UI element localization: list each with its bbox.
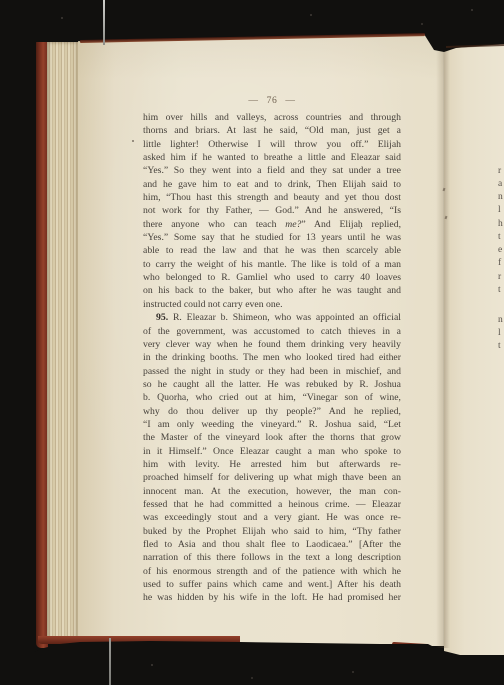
text-line: fessed that he had committed a heinous c…: [143, 498, 401, 511]
text-line: “Yes.” So they went into a field and the…: [143, 164, 401, 177]
clipped-letter-fragment: e: [498, 245, 502, 255]
clipped-letter-fragment: a: [498, 179, 502, 189]
text-line: he was hidden by his wife in the loft. H…: [143, 591, 401, 604]
text-line: in the drinking booths. The men who look…: [143, 351, 401, 364]
text-line: and he gave him to eat and to drink, The…: [143, 178, 401, 191]
text-line: in it Himself.” Once Eleazar caught a ma…: [143, 445, 401, 458]
margin-speck: [132, 140, 134, 142]
cradle-thread-top: [103, 0, 105, 45]
clipped-letter-fragment: n: [498, 192, 503, 202]
text-line: him over hills and valleys, across count…: [143, 111, 401, 124]
clipped-letter-fragment: f: [498, 258, 501, 268]
page-fore-edge-stack: [47, 42, 79, 642]
page-number: — 76 —: [143, 95, 401, 106]
text-line: innocent man. At the execution, however,…: [143, 485, 401, 498]
text-line: used to suffer pains which came and went…: [143, 578, 401, 591]
clipped-letter-fragment: l: [498, 205, 501, 215]
text-line: to carry the weight of his mantle. The l…: [143, 258, 401, 271]
text-line: 95. R. Eleazar b. Shimeon, who was appoi…: [143, 311, 401, 324]
text-line: buked by the Prophet Elijah who said to …: [143, 525, 401, 538]
text-line: thorns and briars. At last he said, “Old…: [143, 124, 401, 137]
text-line: narration of this there follows in the t…: [143, 551, 401, 564]
facing-page: [444, 34, 504, 655]
clipped-letter-fragment: n: [498, 315, 503, 325]
clipped-letter-fragment: h: [498, 219, 503, 229]
text-line: him with levity. He arrested him but aft…: [143, 458, 401, 471]
text-line: “Yes.” Some say that he studied for 13 y…: [143, 231, 401, 244]
text-line: not work for thy Father, — God.” And he …: [143, 204, 401, 217]
text-line: why do thou deliver up thy people?” And …: [143, 405, 401, 418]
text-line: who belonged to R. Gamliel who used to c…: [143, 271, 401, 284]
text-line: him, “Thou hast this strength and beauty…: [143, 191, 401, 204]
text-line: b. Quorha, who cried out at him, “Vinega…: [143, 391, 401, 404]
text-line: of the government, was accustomed to cat…: [143, 325, 401, 338]
clipped-letter-fragment: t: [498, 232, 501, 242]
clipped-letter-fragment: r: [498, 166, 501, 176]
cradle-thread-bottom: [109, 638, 111, 685]
text-line: so he caught all the latter. He was rebu…: [143, 378, 401, 391]
text-line: passed the night in study or they had be…: [143, 365, 401, 378]
text-line: there anyone who can teach me?” And Elij…: [143, 218, 401, 231]
book-scan-photo: — 76 — him over hills and valleys, acros…: [0, 0, 504, 685]
text-line: fled to Asia and thou shalt flee to Laod…: [143, 538, 401, 551]
text-line: “I am only weeding the vineyard.” R. Jos…: [143, 418, 401, 431]
text-line: asked him if he wanted to breathe a litt…: [143, 151, 401, 164]
text-line: little lighter! Otherwise I will throw y…: [143, 138, 401, 151]
clipped-letter-fragment: r: [498, 272, 501, 282]
facing-page-fragments: ranlhtefrtnlt: [498, 0, 504, 685]
text-line: very clever way when he found them drink…: [143, 338, 401, 351]
text-line: on his back to the baker, but who after …: [143, 284, 401, 297]
text-line: proached himself for delivering up what …: [143, 471, 401, 484]
text-line: able to read the law and that he was the…: [143, 244, 401, 257]
text-line: of his enormous strength and of the pati…: [143, 565, 401, 578]
gutter-fold: [436, 36, 450, 648]
clipped-letter-fragment: t: [498, 341, 501, 351]
text-line: was exceedingly stout and a very giant. …: [143, 511, 401, 524]
clipped-letter-fragment: t: [498, 285, 501, 295]
clipped-letter-fragment: l: [498, 328, 501, 338]
dust-specks: [0, 0, 2, 2]
text-block: him over hills and valleys, across count…: [143, 111, 401, 605]
text-line: instructed could not carry even one.: [143, 298, 401, 311]
text-line: the Master of the vineyard look after th…: [143, 431, 401, 444]
